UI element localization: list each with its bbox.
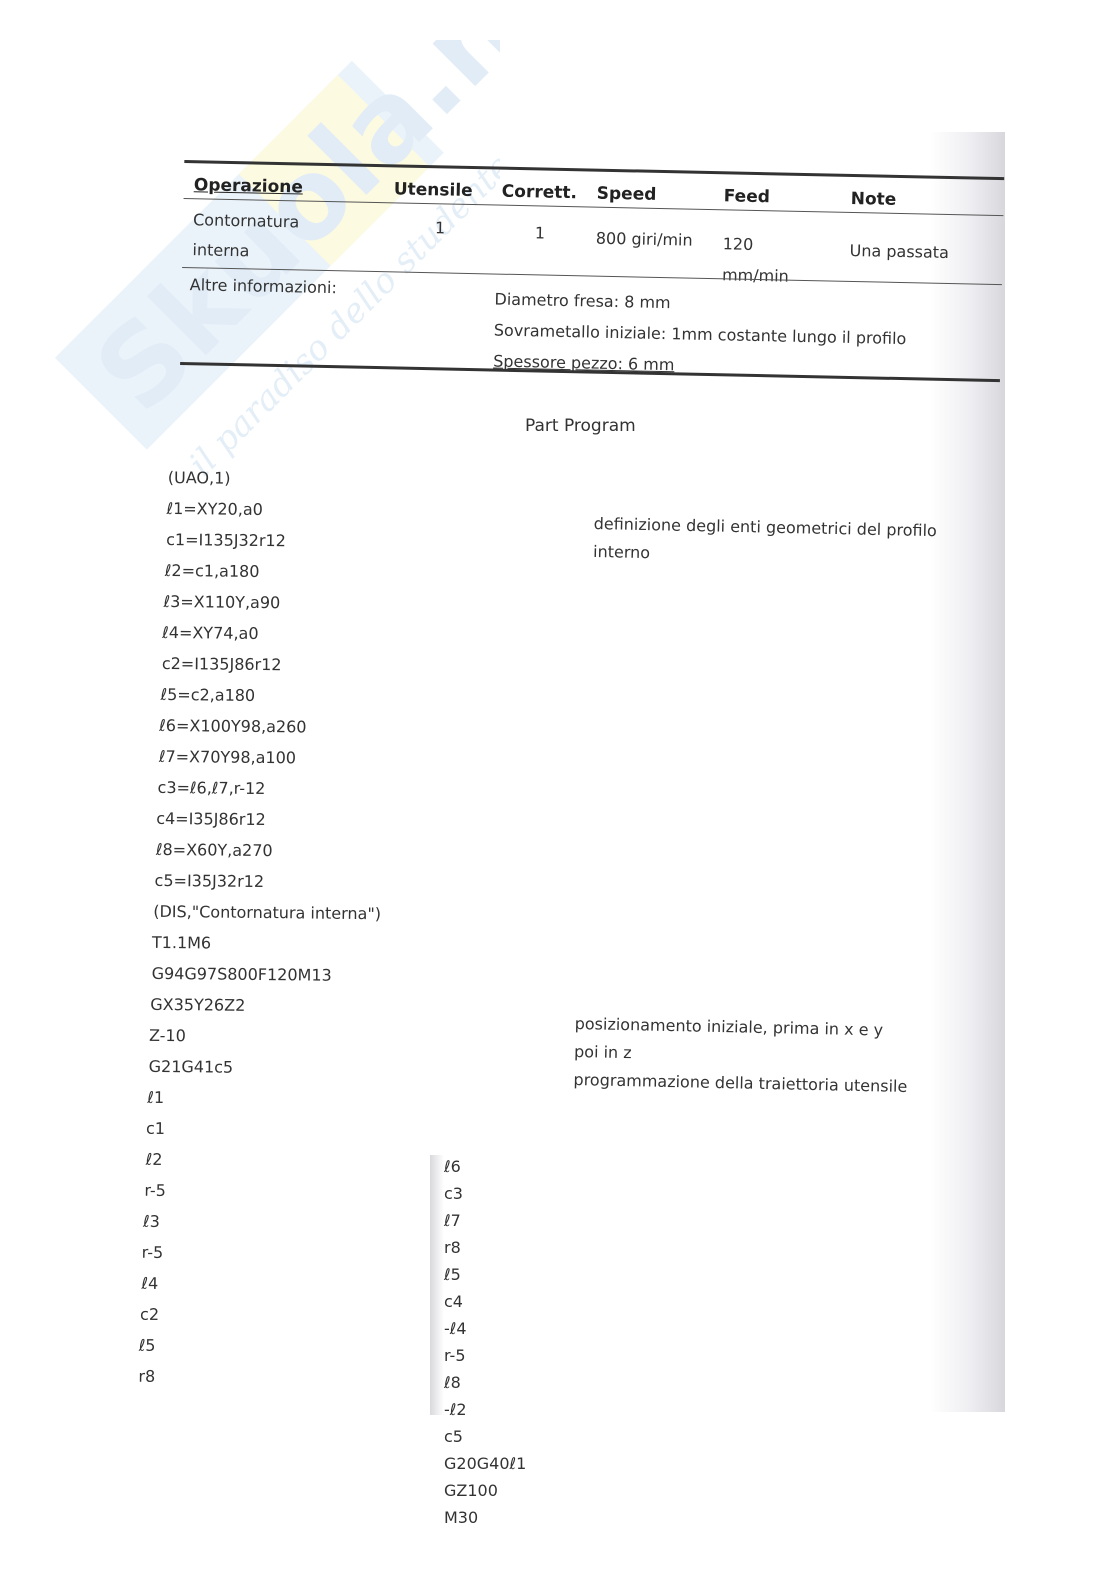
cell-speed: 800 giri/min	[596, 229, 693, 250]
program-line: Z-10	[149, 1020, 380, 1053]
cell-feed-2: mm/min	[722, 265, 789, 285]
altre-label: Altre informazioni:	[190, 275, 337, 297]
program-line: ℓ2=c1,a180	[165, 555, 385, 588]
program-line: c5	[444, 1423, 526, 1450]
program-line: r8	[138, 1361, 376, 1394]
program-line: ℓ6	[444, 1153, 526, 1180]
program-line: c2=I135J86r12	[162, 648, 384, 681]
header-operazione: Operazione	[194, 175, 303, 197]
program-line: ℓ5=c2,a180	[160, 679, 383, 712]
program-line: ℓ5	[139, 1330, 377, 1363]
cell-feed-1: 120	[723, 234, 754, 254]
program-line: (UAO,1)	[168, 462, 386, 495]
header-feed: Feed	[724, 186, 771, 207]
program-column-2: ℓ6c3ℓ7r8ℓ5c4-ℓ4r-5ℓ8-ℓ2c5G20G40ℓ1GZ100M3…	[444, 1153, 526, 1531]
header-speed: Speed	[597, 184, 657, 205]
program-line: c4	[444, 1288, 526, 1315]
comment-programmazione: programmazione della traiettoria utensil…	[573, 1066, 907, 1101]
program-line: ℓ6=X100Y98,a260	[159, 710, 383, 743]
program-line: r-5	[444, 1342, 526, 1369]
program-line: ℓ3	[143, 1206, 378, 1239]
program-line: c3	[444, 1180, 526, 1207]
program-line: ℓ7=X70Y98,a100	[159, 741, 383, 774]
program-line: ℓ5	[444, 1261, 526, 1288]
program-line: c1=I135J32r12	[166, 524, 385, 557]
cell-utensile: 1	[435, 218, 446, 237]
program-line: r8	[444, 1234, 526, 1261]
program-line: ℓ1	[147, 1082, 379, 1115]
part-program-title: Part Program	[525, 416, 636, 436]
cell-corrett: 1	[535, 223, 546, 242]
program-line: M30	[444, 1504, 526, 1531]
program-line: (DIS,"Contornatura interna")	[153, 896, 381, 929]
program-column-1: (UAO,1)ℓ1=XY20,a0c1=I135J32r12ℓ2=c1,a180…	[158, 462, 385, 1394]
header-note: Note	[850, 189, 896, 210]
program-line: ℓ7	[444, 1207, 526, 1234]
program-line: GZ100	[444, 1477, 526, 1504]
program-line: T1.1M6	[152, 927, 381, 960]
program-line: ℓ8=X60Y,a270	[156, 834, 382, 867]
program-line: r-5	[144, 1175, 378, 1208]
program-line: ℓ4=XY74,a0	[162, 617, 384, 650]
program-line: ℓ3=X110Y,a90	[163, 586, 384, 619]
program-line: c4=I35J86r12	[156, 803, 382, 836]
program-line: c2	[140, 1299, 377, 1332]
altre-diametro: Diametro fresa: 8 mm	[494, 290, 670, 313]
program-line: ℓ1=XY20,a0	[166, 493, 385, 526]
program-line: ℓ8	[444, 1369, 526, 1396]
operation-table: Operazione Utensile Corrett. Speed Feed …	[185, 130, 1005, 147]
scan-shadow-edge	[930, 132, 1005, 1412]
header-utensile: Utensile	[394, 179, 473, 201]
program-line: G20G40ℓ1	[444, 1450, 526, 1477]
scan-shadow-strip	[430, 1155, 444, 1415]
svg-text:Skuola.net: Skuola.net	[71, 40, 500, 436]
cell-note: Una passata	[849, 241, 949, 262]
program-line: c1	[146, 1113, 379, 1146]
table-top-rule	[184, 160, 1004, 180]
cell-operazione-2: interna	[192, 240, 249, 260]
program-line: c5=I35J32r12	[154, 865, 381, 898]
program-line: G21G41c5	[149, 1051, 380, 1084]
comment-posizionamento: posizionamento iniziale, prima in x e y …	[573, 1010, 909, 1101]
program-line: -ℓ2	[444, 1396, 526, 1423]
program-line: c3=ℓ6,ℓ7,r-12	[157, 772, 382, 805]
program-line: ℓ4	[141, 1268, 377, 1301]
program-line: ℓ2	[146, 1144, 379, 1177]
program-line: -ℓ4	[444, 1315, 526, 1342]
program-line: GX35Y26Z2	[150, 989, 380, 1022]
program-line: r-5	[142, 1237, 378, 1270]
altre-sovrametallo: Sovrametallo iniziale: 1mm costante lung…	[494, 321, 907, 349]
program-line: G94G97S800F120M13	[151, 958, 380, 991]
cell-operazione-1: Contornatura	[193, 210, 300, 231]
comment-definizione: definizione degli enti geometrici del pr…	[593, 510, 937, 573]
header-corrett: Corrett.	[502, 182, 578, 204]
